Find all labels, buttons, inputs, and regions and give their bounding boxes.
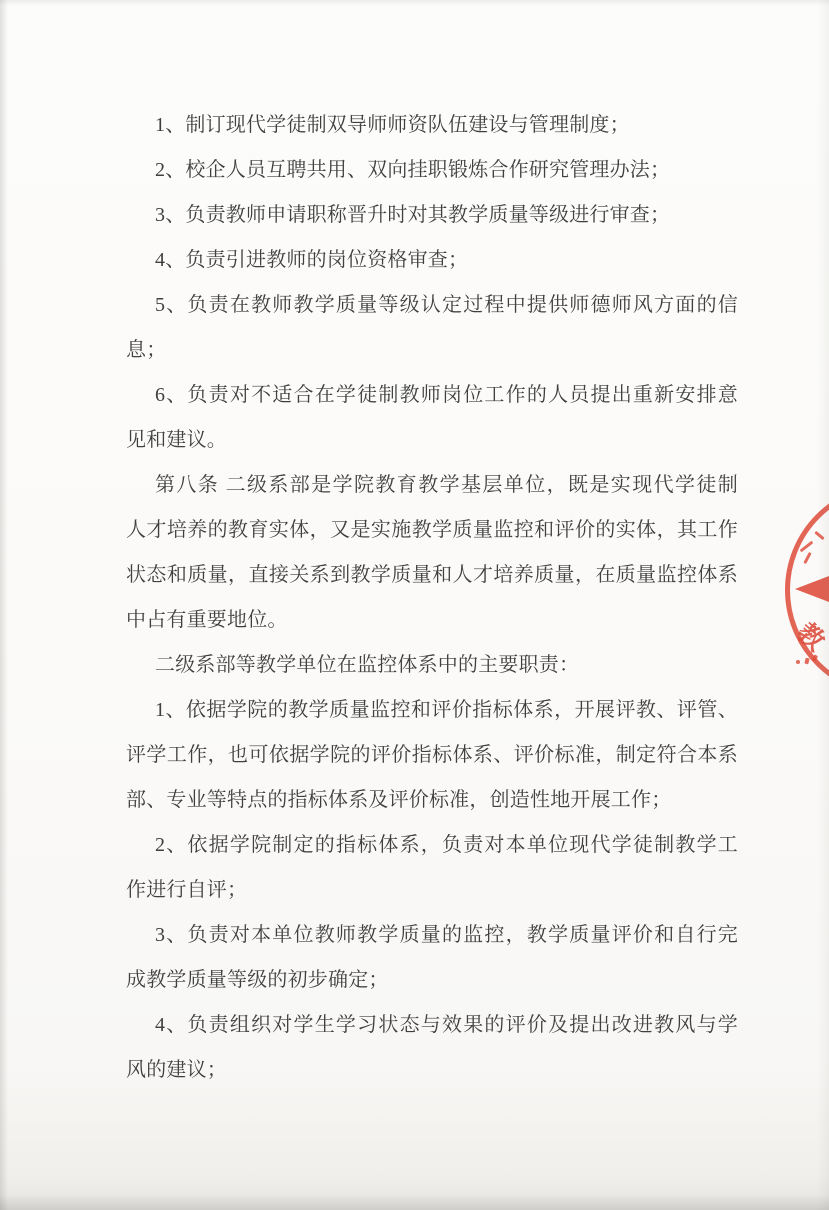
seal-border-arc: [785, 483, 829, 697]
seal-stroke-fragment: [800, 541, 814, 553]
text-line: 4、负责组织对学生学习状态与效果的评价及提出改进教风与学: [126, 1003, 738, 1048]
text-line: 6、负责对不适合在学徒制教师岗位工作的人员提出重新安排意: [126, 373, 738, 418]
text-line: 2、依据学院制定的指标体系，负责对本单位现代学徒制教学工: [126, 823, 738, 868]
text-line: 评学工作，也可依据学院的评价指标体系、评价标准，制定符合本系: [126, 733, 738, 778]
text-line: 2、校企人员互聘共用、双向挂职锻炼合作研究管理办法；: [126, 148, 738, 193]
seal-character: 教: [790, 613, 829, 658]
text-line: 二级系部等教学单位在监控体系中的主要职责：: [126, 643, 738, 688]
scan-shadow-left: [0, 0, 8, 1210]
text-line: 1、制订现代学徒制双导师师资队伍建设与管理制度；: [126, 103, 738, 148]
seal-stroke-fragment: [812, 654, 818, 661]
text-line: 风的建议；: [126, 1048, 738, 1093]
text-line: 作进行自评；: [126, 868, 738, 913]
scan-shadow-bottom: [0, 1194, 829, 1210]
scanned-document-page: 1、制订现代学徒制双导师师资队伍建设与管理制度；2、校企人员互聘共用、双向挂职锻…: [0, 0, 829, 1210]
text-line: 5、负责在教师教学质量等级认定过程中提供师德师风方面的信: [126, 283, 738, 328]
seal-stroke-fragment: [814, 531, 824, 540]
seal-stroke-fragment: [796, 660, 800, 664]
seal-star-point: [795, 573, 829, 605]
text-line: 第八条 二级系部是学院教育教学基层单位，既是实现代学徒制: [126, 463, 738, 508]
document-body: 1、制订现代学徒制双导师师资队伍建设与管理制度；2、校企人员互聘共用、双向挂职锻…: [126, 103, 738, 1093]
seal-stroke-fragment: [804, 658, 809, 665]
text-line: 人才培养的教育实体，又是实施教学质量监控和评价的实体，其工作: [126, 508, 738, 553]
text-line: 息；: [126, 328, 738, 373]
text-line: 3、负责教师申请职称晋升时对其教学质量等级进行审查；: [126, 193, 738, 238]
text-line: 3、负责对本单位教师教学质量的监控，教学质量评价和自行完: [126, 913, 738, 958]
text-line: 中占有重要地位。: [126, 598, 738, 643]
text-line: 1、依据学院的教学质量监控和评价指标体系，开展评教、评管、: [126, 688, 738, 733]
text-line: 部、专业等特点的指标体系及评价标准，创造性地开展工作；: [126, 778, 738, 823]
text-line: 成教学质量等级的初步确定；: [126, 958, 738, 1003]
text-line: 见和建议。: [126, 418, 738, 463]
seal-stroke-fragment: [803, 552, 811, 564]
scan-shadow-top: [0, 0, 829, 6]
text-line: 4、负责引进教师的岗位资格审查；: [126, 238, 738, 283]
scan-shadow-right: [817, 0, 829, 1210]
text-line: 状态和质量，直接关系到教学质量和人才培养质量，在质量监控体系: [126, 553, 738, 598]
